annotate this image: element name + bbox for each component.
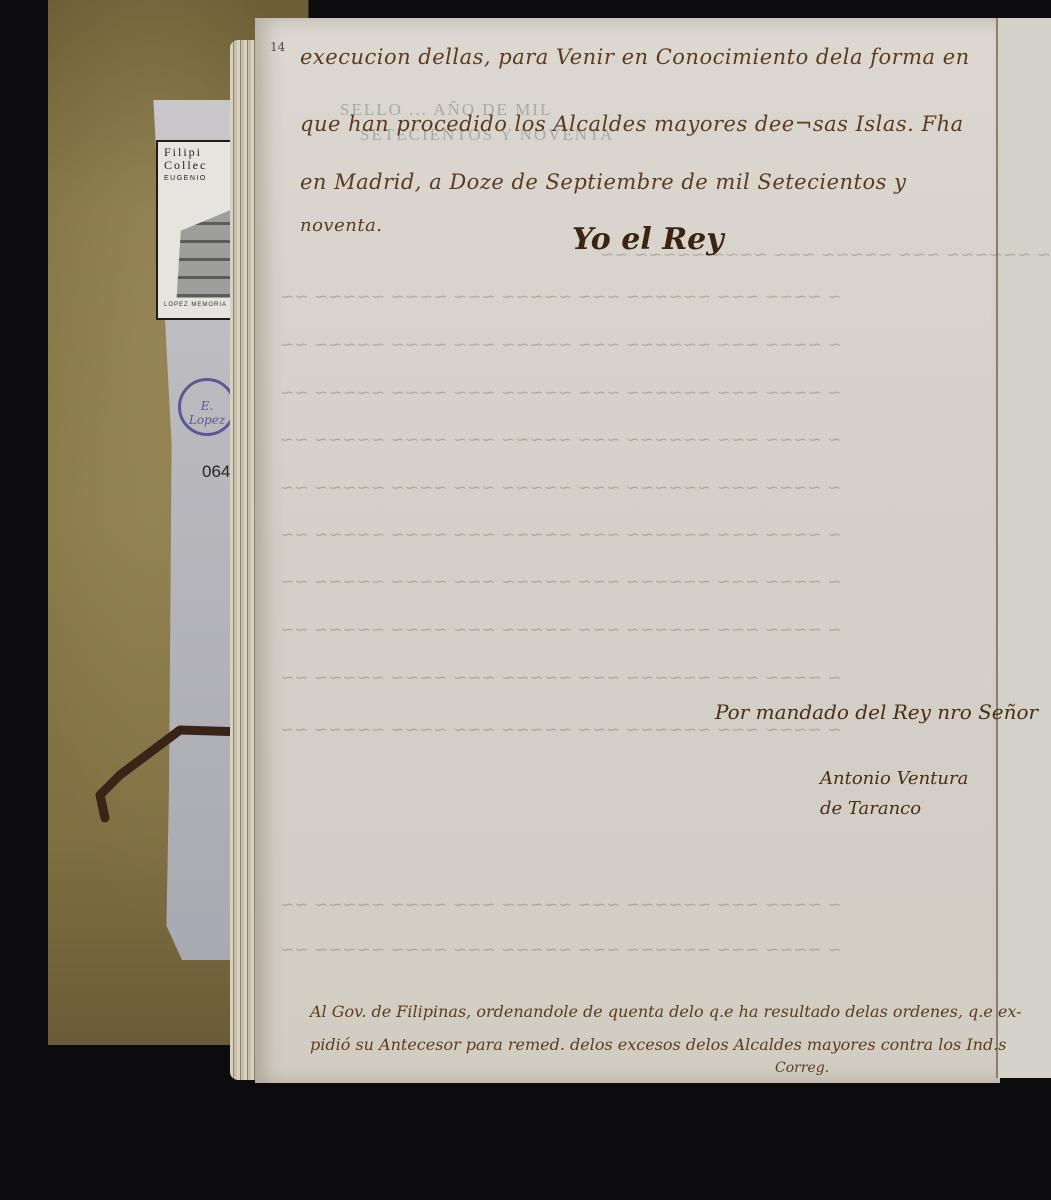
text-line-4: noventa. <box>300 215 383 236</box>
leather-tie <box>80 720 250 830</box>
ghost-line: ~ ~~~~ ~~~ ~~~~~~ ~~~ ~~~~~ ~~~ ~~~~ ~~~… <box>280 572 841 592</box>
ghost-line: ~ ~~~~ ~~~ ~~~~~~ ~~~ ~~~~~ ~~~ ~~~~ ~~~… <box>280 525 841 545</box>
ghost-line: ~ ~~~~ ~~~ ~~~~~~ ~~~ ~~~~~ ~~~ ~~~~ ~~~… <box>280 668 841 688</box>
ghost-line: ~ ~~~~ ~~~ ~~~~~~ ~~~ ~~~~~ ~~~ ~~~~ ~~~… <box>280 383 841 403</box>
ghost-line: ~ ~~~~ ~~~ ~~~~~~ ~~~ ~~~~~ ~~~ ~~~~ ~~~… <box>280 940 841 960</box>
stamp-signature: E. Lopez <box>189 399 225 427</box>
ghost-line: ~ ~~~~ ~~~ ~~~~~~ ~~~ ~~~~~ ~~~ ~~~~ ~~~… <box>280 620 841 640</box>
text-line-3: en Madrid, a Doze de Septiembre de mil S… <box>300 170 906 194</box>
text-line-1: execucion dellas, para Venir en Conocimi… <box>300 45 970 69</box>
folio-number: 14 <box>270 40 285 54</box>
summary-note-line-2: pidió su Antecesor para remed. delos exc… <box>310 1035 1007 1054</box>
page-block-edges <box>230 40 258 1080</box>
library-stamp: E. Lopez <box>178 378 236 436</box>
royal-signature: Yo el Rey <box>572 222 724 257</box>
ghost-line: ~ ~~~~ ~~~ ~~~~~~ ~~~ ~~~~~ ~~~ ~~~~ ~~~… <box>280 895 841 915</box>
ghost-line: ~ ~~~~ ~~~ ~~~~~~ ~~~ ~~~~~ ~~~ ~~~~ ~~~… <box>280 335 841 355</box>
correction-initials: Correg. <box>775 1060 829 1076</box>
summary-note-line-1: Al Gov. de Filipinas, ordenandole de que… <box>310 1002 1022 1021</box>
text-line-2: que han procedido los Alcaldes mayores d… <box>300 112 964 136</box>
facing-page-edge <box>996 18 1051 1078</box>
secretary-signature-line-2: Antonio Ventura <box>820 768 968 789</box>
ghost-line: ~ ~~~~ ~~~ ~~~~~~ ~~~ ~~~~~ ~~~ ~~~~ ~~~… <box>280 287 841 307</box>
ghost-line: ~ ~~~~ ~~~ ~~~~~~ ~~~ ~~~~~ ~~~ ~~~~ ~~~… <box>280 430 841 450</box>
ghost-line: ~ ~~~~ ~~~ ~~~~~~ ~~~ ~~~~~ ~~~ ~~~~ ~~~… <box>280 478 841 498</box>
secretary-signature-line-3: de Taranco <box>820 798 921 819</box>
secretary-signature-line-1: Por mandado del Rey nro Señor <box>715 700 1038 724</box>
accession-number: 064 <box>202 462 230 482</box>
